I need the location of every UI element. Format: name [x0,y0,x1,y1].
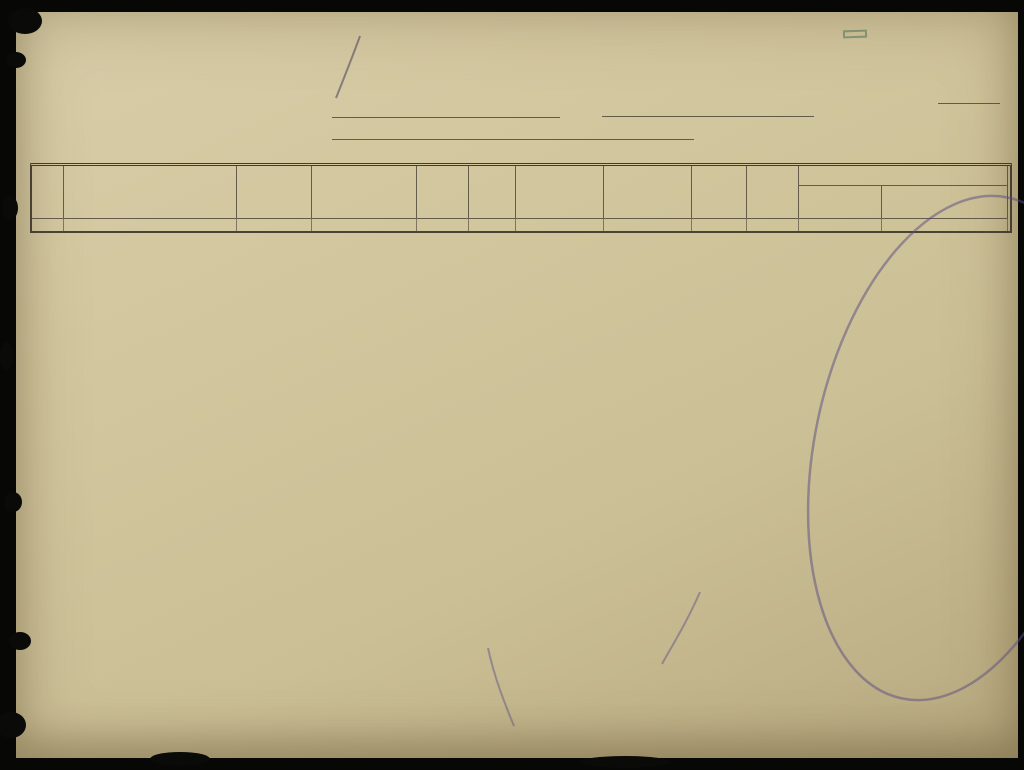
period-hand [332,139,694,140]
torn-edge [9,632,31,650]
column-number [882,218,1008,231]
header-cell [237,166,312,218]
subtitle-hand-2 [602,116,814,117]
column-number [469,218,516,231]
header-cell [799,186,882,218]
header-group-relatives [799,166,1008,186]
torn-edge [6,52,26,68]
header-cell [604,166,692,218]
header-cell [747,166,799,218]
copy-number [938,103,1000,104]
column-number [64,218,237,231]
header-cell [516,166,604,218]
table-header [32,166,1010,231]
column-number [799,218,882,231]
scanned-document-page [0,0,1024,770]
header-cell [417,166,469,218]
column-number [604,218,692,231]
column-number [692,218,747,231]
torn-edge [0,342,13,370]
column-number [312,218,417,231]
casualty-table [30,163,1012,233]
header-cell [312,166,417,218]
declassified-stamp [843,30,867,39]
torn-edge [580,756,670,768]
header-cell [882,186,1008,218]
column-number [516,218,604,231]
torn-edge [150,752,210,766]
header-cell [64,166,237,218]
torn-edge [8,8,42,34]
header-cell [32,166,64,218]
column-number [237,218,312,231]
header-cell [692,166,747,218]
header-cell [469,166,516,218]
subtitle-hand-1 [332,117,560,118]
paper-sheet [16,12,1018,758]
column-number [32,218,64,231]
torn-edge [4,492,22,512]
column-number [747,218,799,231]
torn-edge [2,196,18,220]
column-number [417,218,469,231]
